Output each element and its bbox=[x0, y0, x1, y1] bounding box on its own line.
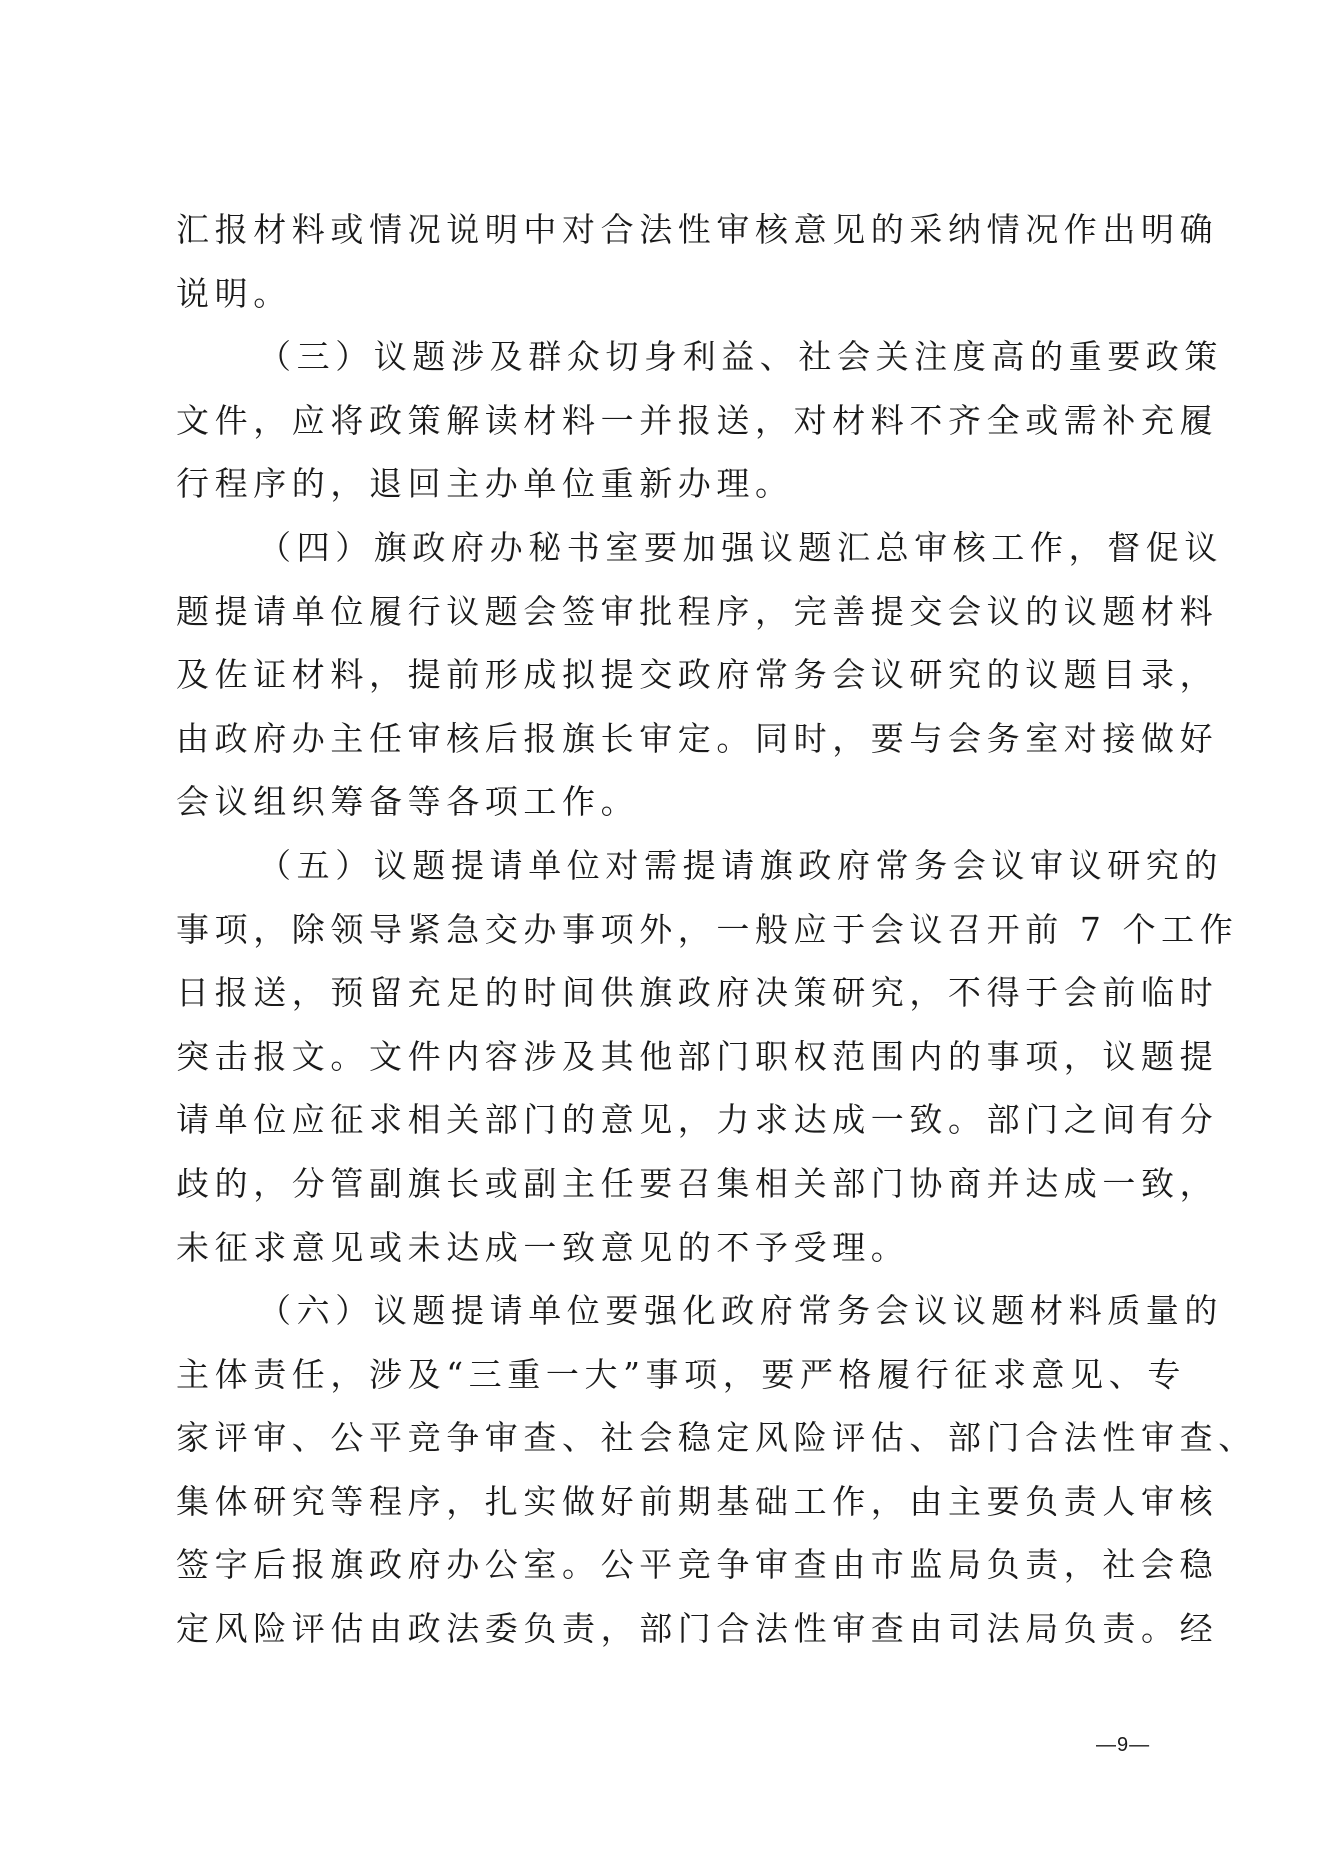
text-line: 由政府办主任审核后报旗长审定。同时，要与会务室对接做好 bbox=[176, 707, 1146, 771]
text-line: （五）议题提请单位对需提请旗政府常务会议审议研究的 bbox=[176, 834, 1146, 898]
text-line: （四）旗政府办秘书室要加强议题汇总审核工作，督促议 bbox=[176, 516, 1146, 580]
text-line: 请单位应征求相关部门的意见，力求达成一致。部门之间有分 bbox=[176, 1088, 1146, 1152]
text-line: 突击报文。文件内容涉及其他部门职权范围内的事项，议题提 bbox=[176, 1025, 1146, 1089]
body-text: 汇报材料或情况说明中对合法性审核意见的采纳情况作出明确 说明。 （三）议题涉及群… bbox=[176, 198, 1146, 1661]
text-line: 及佐证材料，提前形成拟提交政府常务会议研究的议题目录， bbox=[176, 643, 1146, 707]
text-line: 会议组织筹备等各项工作。 bbox=[176, 770, 1146, 834]
text-line: 歧的，分管副旗长或副主任要召集相关部门协商并达成一致， bbox=[176, 1152, 1146, 1216]
text-line: 家评审、公平竞争审查、社会稳定风险评估、部门合法性审查、 bbox=[176, 1406, 1146, 1470]
text-line: 题提请单位履行议题会签审批程序，完善提交会议的议题材料 bbox=[176, 580, 1146, 644]
text-line: 汇报材料或情况说明中对合法性审核意见的采纳情况作出明确 bbox=[176, 198, 1146, 262]
page-number: —9— bbox=[1096, 1734, 1150, 1757]
text-line: 文件，应将政策解读材料一并报送，对材料不齐全或需补充履 bbox=[176, 389, 1146, 453]
text-line: 主体责任，涉及“三重一大”事项，要严格履行征求意见、专 bbox=[176, 1343, 1146, 1407]
text-line: 定风险评估由政法委负责，部门合法性审查由司法局负责。经 bbox=[176, 1597, 1146, 1661]
text-line: 行程序的，退回主办单位重新办理。 bbox=[176, 452, 1146, 516]
text-line: 未征求意见或未达成一致意见的不予受理。 bbox=[176, 1216, 1146, 1280]
text-line: 集体研究等程序，扎实做好前期基础工作，由主要负责人审核 bbox=[176, 1470, 1146, 1534]
text-line: 说明。 bbox=[176, 262, 1146, 326]
text-line: （六）议题提请单位要强化政府常务会议议题材料质量的 bbox=[176, 1279, 1146, 1343]
document-page: 汇报材料或情况说明中对合法性审核意见的采纳情况作出明确 说明。 （三）议题涉及群… bbox=[0, 0, 1323, 1871]
text-line: 事项，除领导紧急交办事项外，一般应于会议召开前 7 个工作 bbox=[176, 898, 1146, 962]
text-line: 签字后报旗政府办公室。公平竞争审查由市监局负责，社会稳 bbox=[176, 1533, 1146, 1597]
text-line: （三）议题涉及群众切身利益、社会关注度高的重要政策 bbox=[176, 325, 1146, 389]
text-line: 日报送，预留充足的时间供旗政府决策研究，不得于会前临时 bbox=[176, 961, 1146, 1025]
